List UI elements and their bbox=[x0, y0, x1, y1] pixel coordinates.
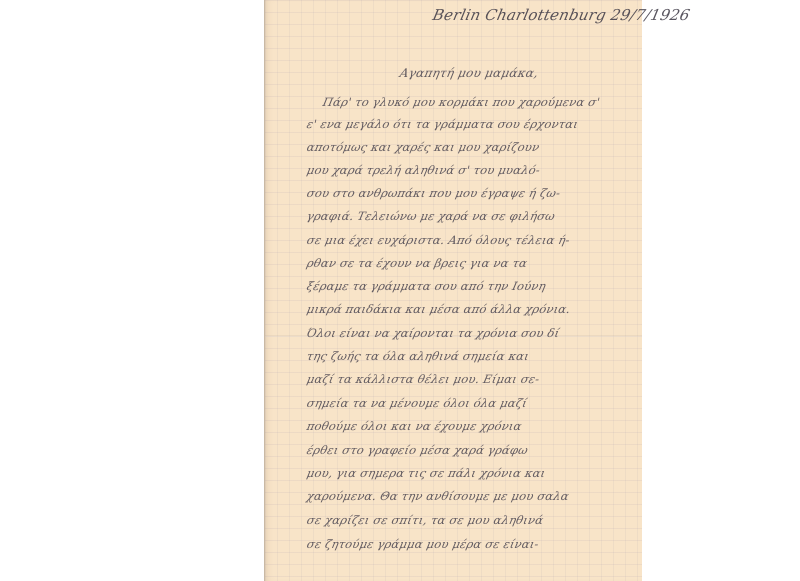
greeting: Αγαπητή μου μαμάκα, bbox=[399, 66, 540, 80]
letter-line: ποθούμε όλοι και να έχουμε χρόνια bbox=[306, 419, 524, 433]
dateline: Berlin Charlottenburg 29/7/1926 bbox=[431, 6, 692, 24]
letter-line: σε ζητούμε γράμμα μου μέρα σε είναι- bbox=[306, 537, 541, 551]
letter-line: σου στο ανθρωπάκι που μου έγραψε ή ζω- bbox=[306, 186, 562, 200]
letter-line: μαζί τα κάλλιστα θέλει μου. Είμαι σε- bbox=[306, 372, 541, 386]
letter-line: σε χαρίζει σε σπίτι, τα σε μου αληθινά bbox=[306, 513, 545, 527]
letter-line: σε μια έχει ευχάριστα. Από όλους τέλεια … bbox=[306, 233, 572, 247]
letter-line: Όλοι είναι να χαίρονται τα χρόνια σου δί bbox=[306, 326, 561, 340]
letter-line: μου, για σημερα τις σε πάλι χρόνια και bbox=[306, 466, 547, 480]
letter-line: μου χαρά τρελή αληθινά σ' του μυαλό- bbox=[306, 163, 542, 177]
letter-line: ξέραμε τα γράμματα σου από την Ιούνη bbox=[306, 279, 548, 293]
letter-line: ε' ενα μεγάλο ότι τα γράμματα σου έρχοντ… bbox=[306, 117, 580, 131]
letter-line: έρθει στο γραφείο μέσα χαρά γράφω bbox=[306, 443, 530, 457]
letter-line: ρθαν σε τα έχουν να βρεις για να τα bbox=[306, 256, 529, 270]
letter-line: γραφιά. Τελειώνω με χαρά να σε φιλήσω bbox=[306, 209, 557, 223]
letter-line: Πάρ' το γλυκό μου κορμάκι που χαρούμενα … bbox=[322, 95, 602, 109]
letter-line: χαρούμενα. Θα την ανθίσουμε με μου σαλα bbox=[306, 489, 571, 503]
letter-line: σημεία τα να μένουμε όλοι όλα μαζί bbox=[306, 396, 529, 410]
letter-line: αποτόμως και χαρές και μου χαρίζουν bbox=[306, 140, 541, 154]
letter-line: της ζωής τα όλα αληθινά σημεία και bbox=[306, 349, 531, 363]
letter-line: μικρά παιδάκια και μέσα από άλλα χρόνια. bbox=[306, 302, 572, 316]
letter-page: Berlin Charlottenburg 29/7/1926 Αγαπητή … bbox=[264, 0, 642, 581]
